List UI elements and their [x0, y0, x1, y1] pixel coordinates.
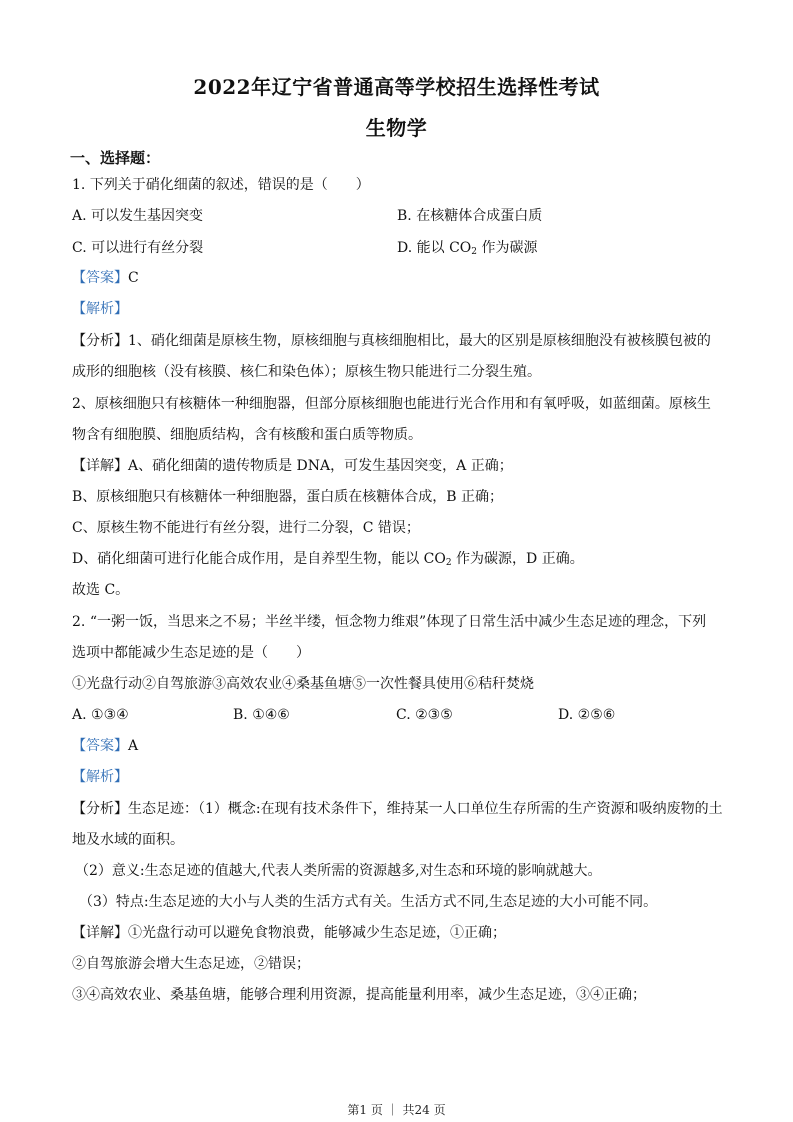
answer-label: 【答案】	[72, 270, 128, 286]
xiangjie-label: 【详解】	[72, 458, 128, 474]
q2-fenxi-line-1: 【分析】生态足迹：（1）概念:在现有技术条件下，维持某一人口单位生存所需的生产资…	[72, 800, 723, 818]
question-text: 下列关于硝化细菌的叙述，错误的是（ ）	[90, 177, 370, 193]
q1-fenxi-line-1: 【分析】1、硝化细菌是原核生物，原核细胞与真核细胞相比，最大的区别是原核细胞没有…	[72, 332, 711, 350]
q1-xiangjie-line-1: 【详解】A、硝化细菌的遗传物质是 DNA，可发生基因突变，A 正确；	[72, 457, 513, 475]
q1-option-a: A. 可以发生基因突变	[72, 207, 203, 225]
q2-fenxi-line-2: 地及水域的面积。	[72, 831, 184, 849]
fenxi-label: 【分析】	[72, 333, 128, 349]
q2-analysis-label: 【解析】	[72, 768, 128, 786]
fenxi-label: 【分析】	[72, 801, 128, 817]
answer-label: 【答案】	[72, 738, 128, 754]
q2-option-a: A. ①③④	[72, 706, 129, 724]
q2-xiangjie-line-3: ③④高效农业、桑基鱼塘，能够合理利用资源，提高能量利用率，减少生态足迹，③④正确…	[72, 986, 646, 1004]
q2-fenxi-line-4: （3）特点:生态足迹的大小与人类的生活方式有关。生活方式不同,生态足迹的大小可能…	[79, 893, 657, 911]
question-2-stem-line-2: 选项中都能减少生态足迹的是（ ）	[72, 644, 310, 662]
xiangjie-label: 【详解】	[72, 925, 128, 941]
question-number: 2.	[72, 614, 85, 630]
q2-xiangjie-line-2: ②自驾旅游会增大生态足迹，②错误；	[72, 955, 310, 973]
q2-option-d: D. ②⑤⑥	[558, 706, 615, 724]
q1-answer: 【答案】C	[72, 269, 139, 287]
section-heading: 一、选择题：	[70, 149, 160, 167]
answer-value: C	[128, 270, 139, 286]
question-2-stem-line-1: 2. “一粥一饭，当思来之不易；半丝半缕，恒念物力维艰”体现了日常生活中减少生态…	[72, 613, 706, 631]
page-footer: 第1 页 ｜ 共24 页	[0, 1101, 793, 1118]
q1-fenxi-line-2: 成形的细胞核（没有核膜、核仁和染色体）；原核生物只能进行二分裂生殖。	[72, 363, 541, 381]
q2-items: ①光盘行动②自驾旅游③高效农业④桑基鱼塘⑤一次性餐具使用⑥秸秆焚烧	[72, 675, 534, 693]
q1-xiangjie-line-4: D、硝化细菌可进行化能合成作用，是自养型生物，能以 CO2 作为碳源，D 正确。	[72, 550, 584, 568]
question-number: 1.	[72, 177, 85, 193]
document-subtitle: 生物学	[0, 112, 793, 141]
q1-option-b: B. 在核糖体合成蛋白质	[397, 207, 542, 225]
q1-conclusion: 故选 C。	[72, 581, 129, 599]
q1-fenxi-line-4: 物含有细胞膜、细胞质结构，含有核酸和蛋白质等物质。	[72, 426, 422, 444]
q2-option-c: C. ②③⑤	[396, 706, 453, 724]
q1-option-c: C. 可以进行有丝分裂	[72, 239, 203, 257]
q2-fenxi-line-3: （2）意义:生态足迹的值越大,代表人类所需的资源越多,对生态和环境的影响就越大。	[75, 862, 602, 880]
question-1-stem: 1. 下列关于硝化细菌的叙述，错误的是（ ）	[72, 176, 370, 194]
q2-xiangjie-line-1: 【详解】①光盘行动可以避免食物浪费，能够减少生态足迹，①正确；	[72, 924, 506, 942]
q1-analysis-label: 【解析】	[72, 300, 128, 318]
q1-fenxi-line-3: 2、原核细胞只有核糖体一种细胞器，但部分原核细胞也能进行光合作用和有氧呼吸，如蓝…	[72, 395, 711, 413]
q1-option-d: D. 能以 CO2 作为碳源	[397, 239, 537, 257]
question-text: “一粥一饭，当思来之不易；半丝半缕，恒念物力维艰”体现了日常生活中减少生态足迹的…	[90, 614, 706, 630]
q2-answer: 【答案】A	[72, 737, 138, 755]
q1-xiangjie-line-3: C、原核生物不能进行有丝分裂，进行二分裂，C 错误；	[72, 519, 420, 537]
answer-value: A	[128, 738, 138, 754]
q2-option-b: B. ①④⑥	[233, 706, 290, 724]
q1-xiangjie-line-2: B、原核细胞只有核糖体一种细胞器，蛋白质在核糖体合成，B 正确；	[72, 488, 503, 506]
document-title: 2022年辽宁省普通高等学校招生选择性考试	[0, 71, 793, 100]
exam-page: 2022年辽宁省普通高等学校招生选择性考试 生物学 一、选择题： 1. 下列关于…	[0, 0, 793, 1122]
